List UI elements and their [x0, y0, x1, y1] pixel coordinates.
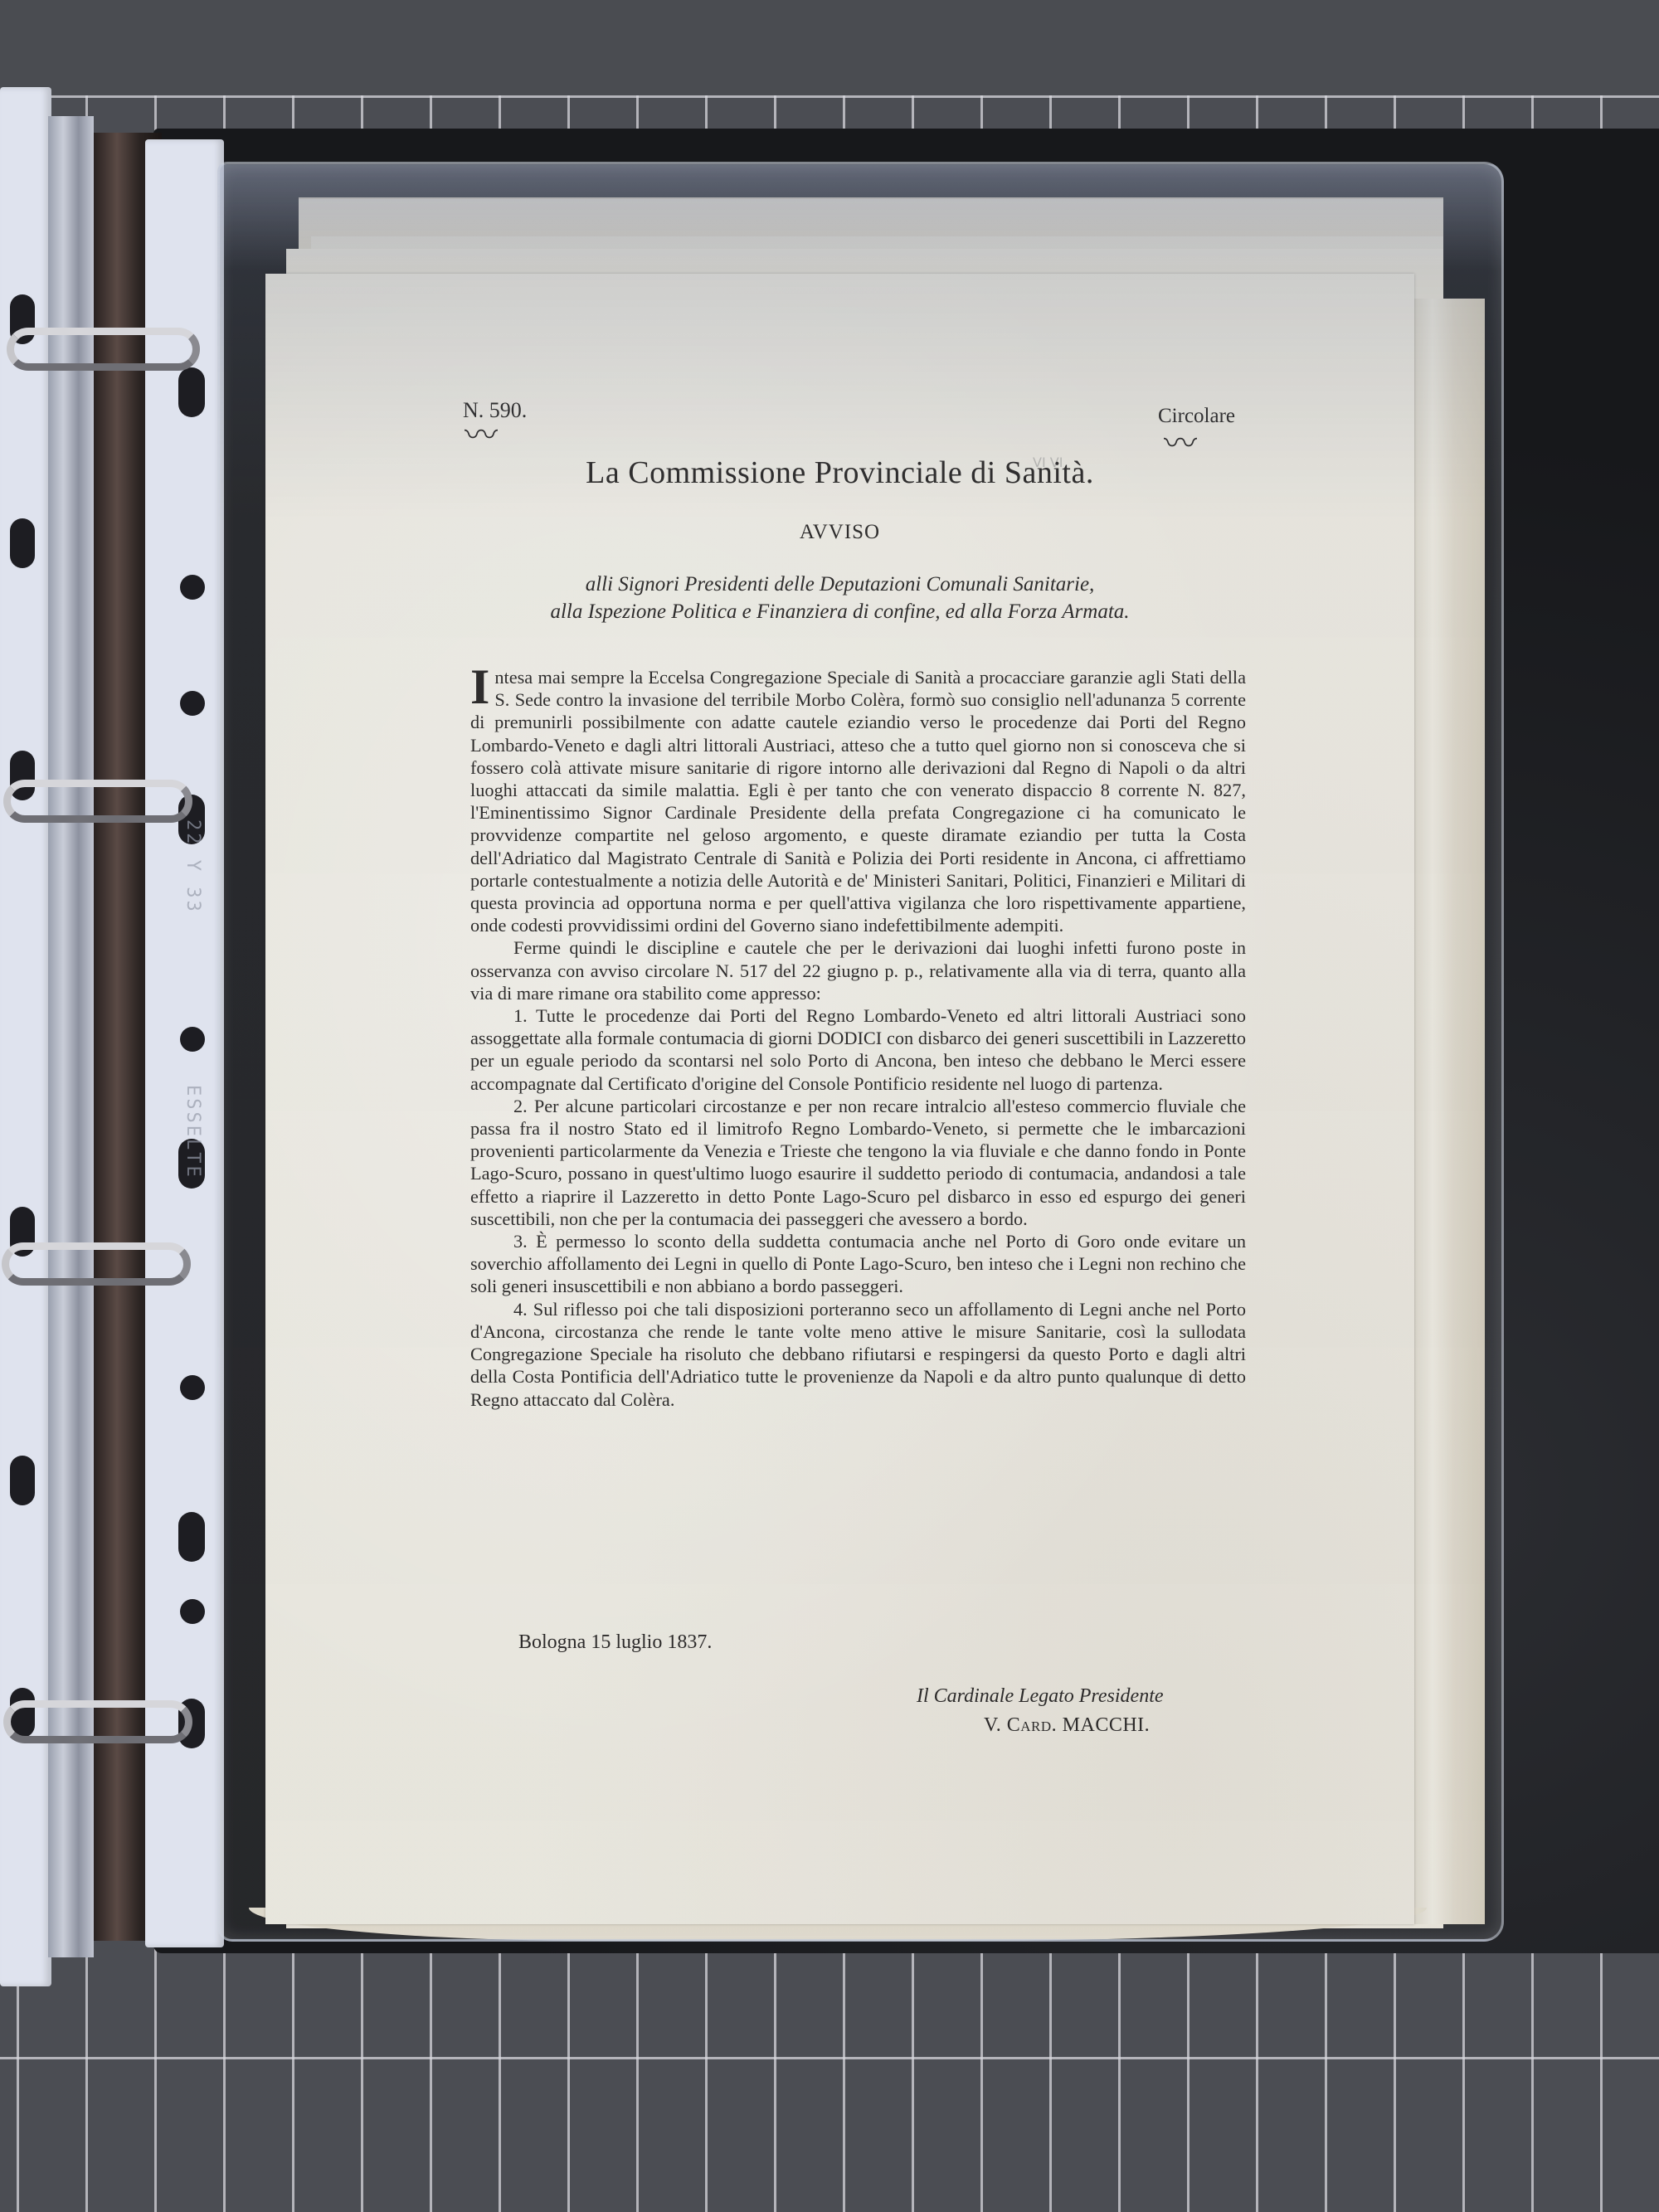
strip-embossed-code: 22 Y 33 — [182, 819, 203, 914]
punch-hole — [180, 691, 205, 716]
punch-hole — [180, 1599, 205, 1624]
right-ring-strip: 22 Y 33 ESSELTE — [145, 139, 224, 1947]
plastic-sleeve — [217, 162, 1504, 1942]
punch-hole — [178, 367, 205, 417]
grey-mat-top — [0, 0, 1659, 95]
binder-ring — [3, 1700, 192, 1743]
punch-hole — [178, 1512, 205, 1562]
binder-ring — [3, 780, 192, 823]
binder-ring — [2, 1242, 191, 1286]
punch-hole — [180, 1027, 205, 1052]
punch-hole — [10, 1456, 35, 1505]
punch-hole — [180, 575, 205, 600]
strip-embossed-brand: ESSELTE — [182, 1085, 203, 1179]
punch-hole — [10, 518, 35, 568]
punch-hole — [180, 1375, 205, 1400]
binder-ring — [7, 328, 200, 371]
sleeve-stack-edge — [48, 116, 94, 1957]
